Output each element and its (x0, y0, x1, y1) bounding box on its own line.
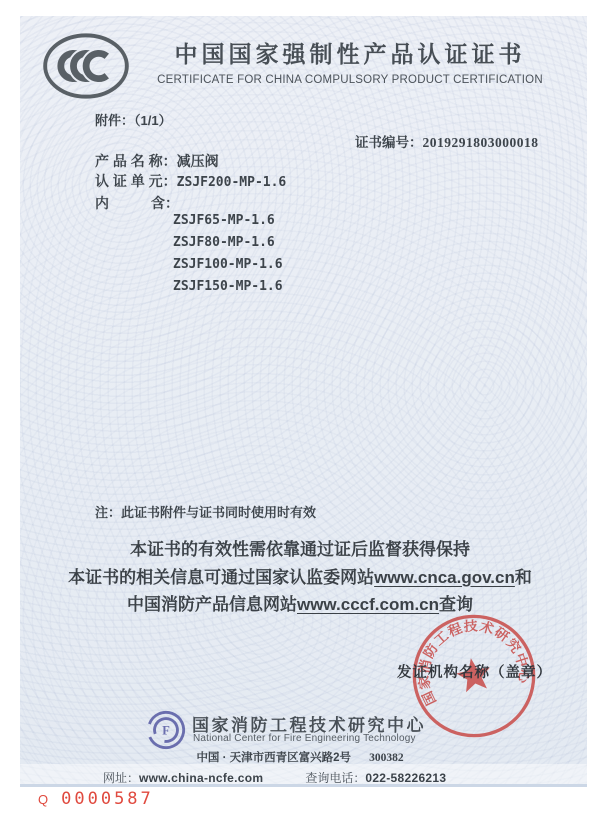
product-fields: 产 品 名 称：减压阀 认 证 单 元：ZSJF200-MP-1.6 内 含： (95, 151, 286, 213)
statement-line-2-text: 本证书的相关信息可通过国家认监委网站 (68, 568, 374, 587)
product-name-label: 产 品 名 称： (95, 153, 177, 169)
attachment-label: 附件：（1/1） (95, 110, 172, 129)
model-item: ZSJF100-MP-1.6 (173, 254, 283, 276)
svg-text:国家消防工程技术研究中心: 国家消防工程技术研究中心 (406, 608, 536, 709)
ncfe-logo-icon: F (145, 709, 187, 751)
statement-line-2-tail: 和 (515, 568, 532, 587)
phone-label: 查询电话： (305, 771, 365, 785)
certificate-title-en: CERTIFICATE FOR CHINA COMPULSORY PRODUCT… (130, 74, 570, 86)
certificate-page: 中国国家强制性产品认证证书 CERTIFICATE FOR CHINA COMP… (0, 0, 600, 820)
statement-line-1: 本证书的有效性需依靠通过证后监督获得保持 (35, 536, 565, 564)
model-item: ZSJF150-MP-1.6 (173, 276, 283, 298)
certification-unit-value: ZSJF200-MP-1.6 (177, 175, 287, 190)
website-label: 网址： (103, 771, 139, 785)
cccf-website-url: www.cccf.com.cn (297, 595, 439, 614)
phone-value: 022-58226213 (365, 771, 446, 785)
statement-line-3-text: 中国消防产品信息网站 (127, 595, 297, 614)
document-serial-number: Q0000587 (38, 789, 154, 809)
footer-org-name-en: National Center for Fire Engineering Tec… (193, 733, 416, 744)
certification-unit-row: 认 证 单 元：ZSJF200-MP-1.6 (95, 171, 286, 193)
certificate-number-value: 2019291803000018 (423, 135, 539, 150)
statement-line-2: 本证书的相关信息可通过国家认监委网站www.cnca.gov.cn和 (35, 564, 565, 592)
stamp-circular-text: 国家消防工程技术研究中心 (406, 608, 536, 709)
included-model-list: ZSJF65-MP-1.6 ZSJF80-MP-1.6 ZSJF100-MP-1… (173, 210, 283, 298)
serial-digits: 0000587 (61, 789, 154, 809)
header: 中国国家强制性产品认证证书 CERTIFICATE FOR CHINA COMP… (130, 36, 570, 86)
ccc-certification-mark-icon (41, 31, 131, 101)
postcode: 300382 (369, 752, 404, 764)
certificate-number-label: 证书编号： (355, 135, 423, 150)
website-value: www.china-ncfe.com (139, 771, 263, 785)
footer-contact: 网址：www.china-ncfe.com查询电话：022-58226213 (103, 769, 503, 786)
content-label: 内 含： (95, 195, 179, 211)
validity-note: 注：此证书附件与证书同时使用时有效 (95, 502, 316, 521)
issuer-name-label: 发证机构名称（盖章） (397, 661, 552, 682)
certificate-title-zh: 中国国家强制性产品认证证书 (130, 36, 570, 69)
cnca-website-url: www.cnca.gov.cn (374, 568, 515, 587)
product-name-value: 减压阀 (177, 153, 219, 169)
certificate-number: 证书编号：2019291803000018 (355, 131, 539, 151)
serial-prefix: Q (38, 792, 51, 807)
product-name-row: 产 品 名 称：减压阀 (95, 151, 286, 171)
model-item: ZSJF80-MP-1.6 (173, 232, 283, 254)
address-text: 中国 · 天津市西青区富兴路2号 (196, 752, 351, 764)
certification-unit-label: 认 证 单 元： (95, 173, 177, 189)
svg-text:F: F (162, 723, 170, 737)
model-item: ZSJF65-MP-1.6 (173, 210, 283, 232)
